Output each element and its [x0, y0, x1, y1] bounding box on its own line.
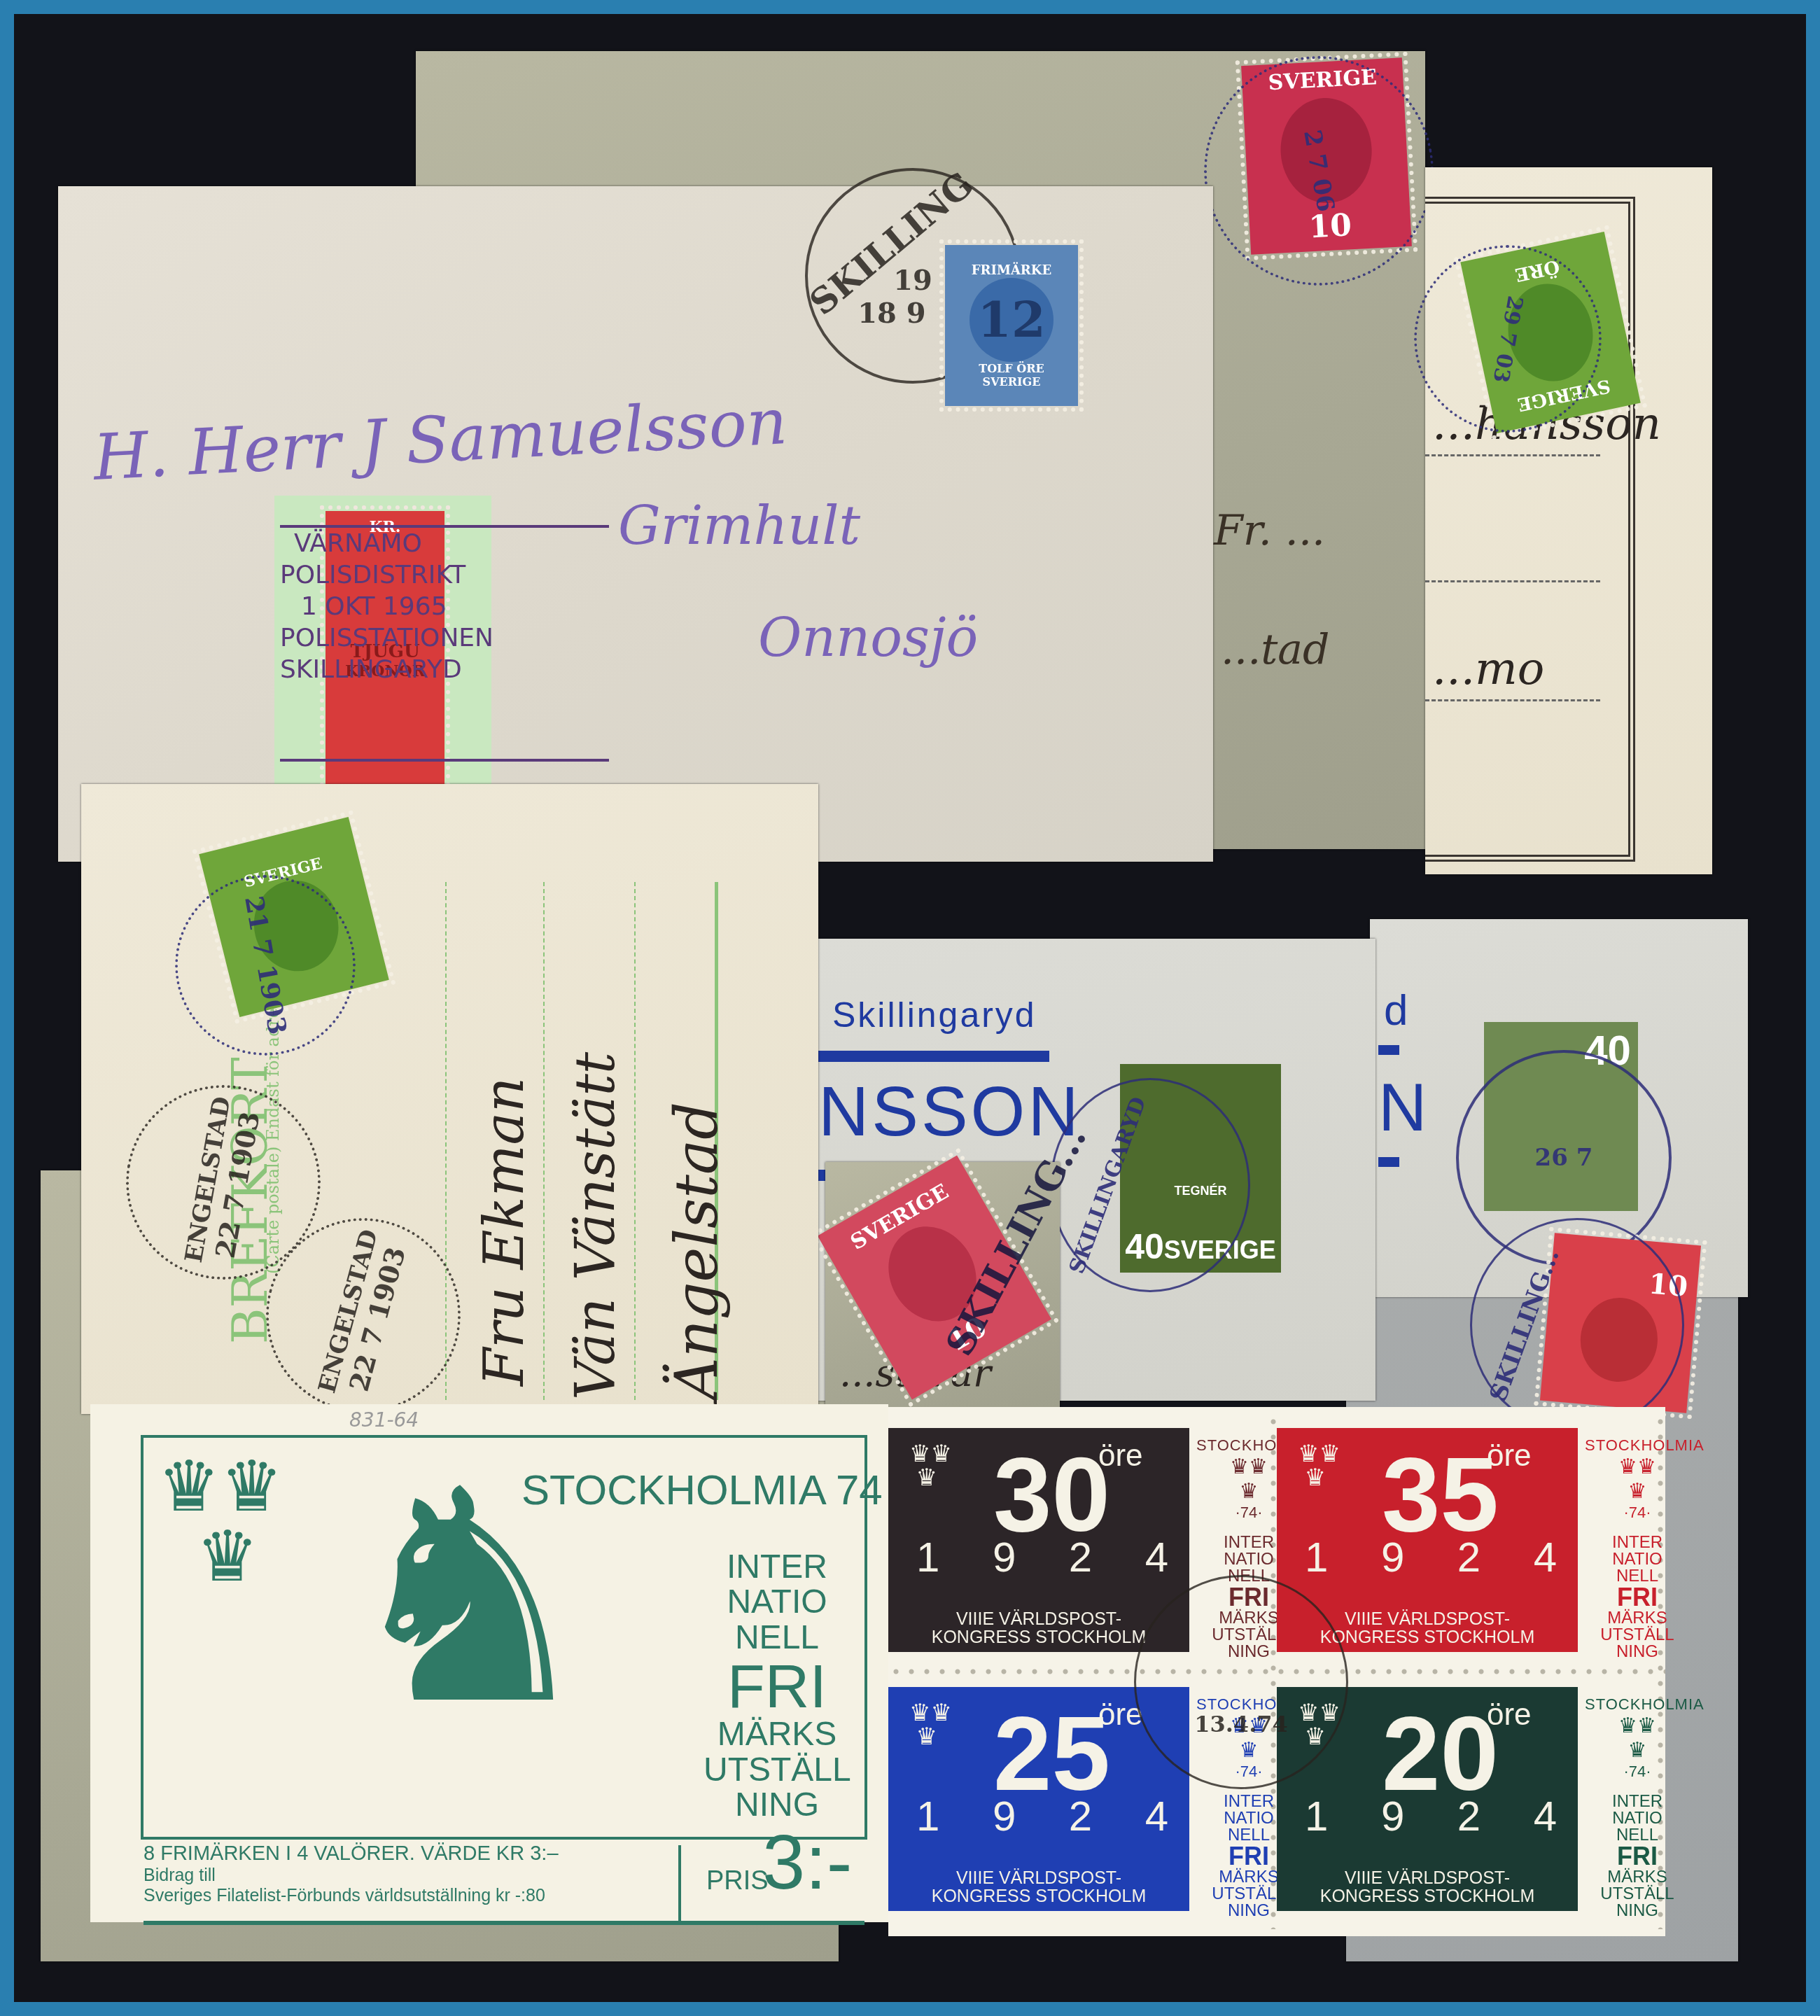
address-text: Grimhult [618, 494, 860, 556]
divider [678, 1845, 681, 1922]
crowns-icon: ♛♛♛ [1585, 1455, 1690, 1504]
bottom-rule [143, 1921, 864, 1925]
stamp-booklet-cover: 831-64 ♛♛♛ ♞ STOCKHOLMIA 74 INTER NATIO … [90, 1404, 888, 1922]
blue-rule [1378, 1157, 1399, 1167]
address-text: ...mo [1432, 643, 1544, 695]
price-value: 3:- [762, 1824, 852, 1901]
address-text: Onnosjö [758, 606, 978, 668]
crowns-icon: ♛♛♛ [157, 1452, 283, 1592]
postmark-skillingaryd-1974: 13.4.74 [1134, 1575, 1348, 1789]
album-page: 9 Fr. ... ...tad SVERIGE 10 2 7 06 ...ha… [14, 14, 1806, 2002]
postmark-skillingaryd: 29 7 03 [1414, 245, 1602, 433]
postmark-skillingaryd: 21 7 1903 [175, 875, 356, 1056]
blue-rule [1378, 1045, 1399, 1055]
address-line [1425, 454, 1600, 456]
blue-rule [818, 1051, 1049, 1062]
address-text: H. Herr J Samuelsson [92, 385, 789, 495]
stockholmia-label: STOCKHOLMIA♛♛♛·74·INTERNATIONELLFRIMÄRKS… [1585, 1687, 1690, 1911]
address-text: Vän Vänstätt [564, 1052, 627, 1400]
address-text: ...tad [1221, 625, 1330, 674]
dashed-line [543, 882, 545, 1400]
stamp-blue-12-ore: FRIMÄRKE 12 TOLF ÖRE SVERIGE [945, 245, 1078, 406]
crowns-icon: ♛♛ ♛ [909, 1701, 952, 1749]
booklet-side-text: INTER NATIO NELL FRI MÄRKS UTSTÄLL NING [703, 1550, 850, 1823]
address-text: Fru Ekman [473, 1077, 536, 1386]
address-text: Ängelstad [662, 1102, 731, 1400]
stamp-30-ore-1924: ♛♛ ♛30öre1924VIIIE VÄRLDSPOST-KONGRESS S… [888, 1428, 1189, 1652]
booklet-frame: ♛♛♛ ♞ STOCKHOLMIA 74 INTER NATIO NELL FR… [141, 1435, 867, 1840]
address-line [1425, 580, 1600, 582]
price-label: PRIS [706, 1866, 769, 1896]
postmark-skillingaryd: SKILLINGARYD [1050, 1078, 1250, 1292]
booklet-info: 8 FRIMÄRKEN I 4 VALÖRER. VÄRDE KR 3:– Bi… [143, 1842, 559, 1906]
crowns-icon: ♛♛ ♛ [1298, 1442, 1340, 1490]
stamp-value: 12 [969, 278, 1053, 362]
crowns-icon: ♛♛♛ [1585, 1714, 1690, 1763]
booklet-title: STOCKHOLMIA 74 [521, 1466, 883, 1514]
pencil-note: 831-64 [349, 1408, 419, 1431]
postmark-skilling: SKILLING... [1470, 1218, 1684, 1432]
stockholmia-label: STOCKHOLMIA♛♛♛·74·INTERNATIONELLFRIMÄRKS… [1585, 1428, 1690, 1652]
address-line [1425, 699, 1600, 701]
crowns-icon: ♛♛ ♛ [909, 1442, 952, 1490]
dashed-line [634, 882, 636, 1400]
police-cachet: VÄRNAMO POLISDISTRIKT 1 OKT 1965 POLISST… [280, 525, 609, 762]
address-text: Fr. ... [1214, 506, 1325, 555]
